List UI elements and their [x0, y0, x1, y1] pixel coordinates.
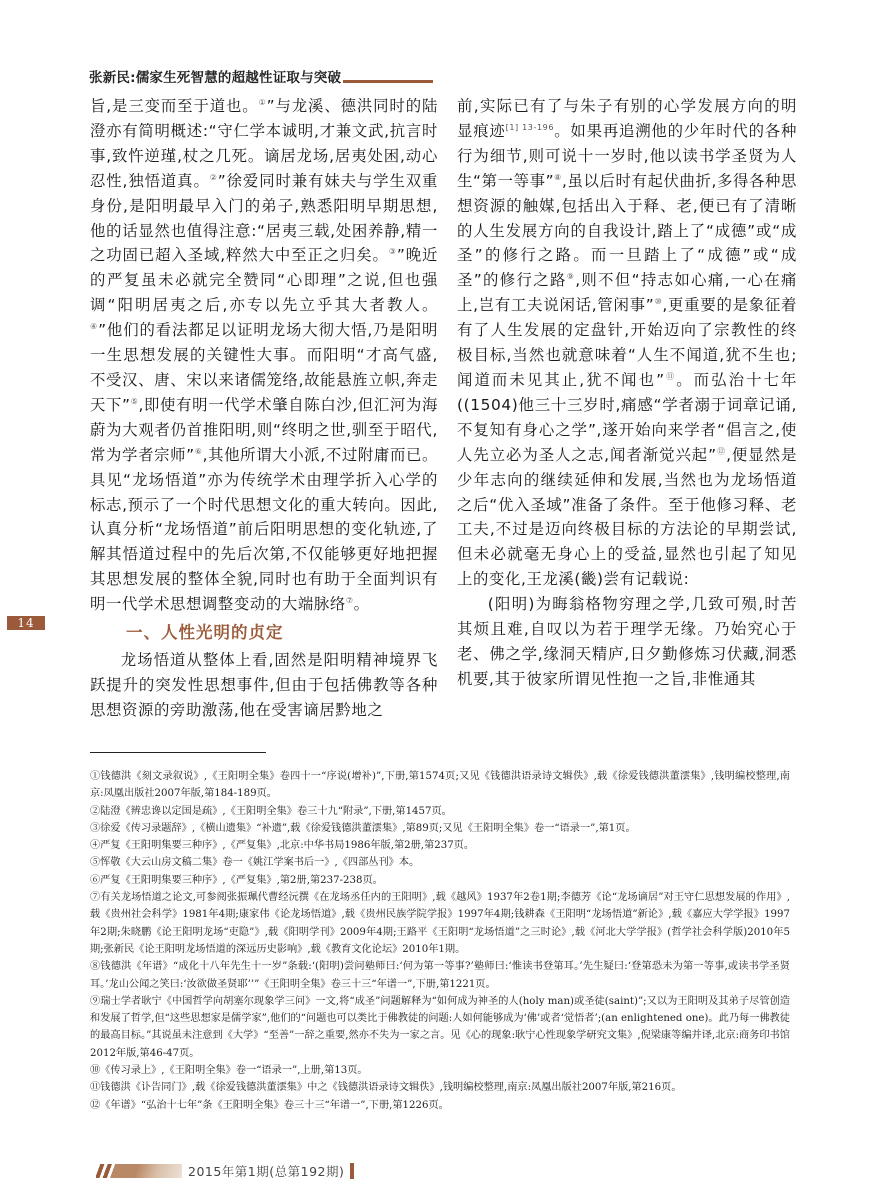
footnote: ④严复《王阳明集要三种序》,《严复集》,北京:中华书局1986年版,第2册,第2…	[90, 837, 790, 854]
footnote-ref[interactable]: ⑥	[195, 447, 203, 456]
footnote: ①钱德洪《刻文录叙说》,《王阳明全集》卷四十一“序说(增补)”,下册,第1574…	[90, 768, 790, 803]
footnote: ③徐爱《传习录题辞》,《横山遗集》“补遗”,载《徐爱钱德洪董澐集》,第89页;又…	[90, 820, 790, 837]
footnote-ref[interactable]: ⑨	[567, 272, 576, 281]
issue-footer: 2015年第1期(总第192期)	[96, 1163, 354, 1179]
paragraph: 旨,是三变而至于道也。①”与龙溪、德洪同时的陆澄亦有简明概述:“守仁学本诚明,才…	[90, 94, 438, 617]
footnote-ref[interactable]: ③	[389, 247, 397, 256]
footnote: ⑧钱德洪《年谱》“成化十八年先生十一岁”条载:‘(阳明)尝问塾师曰:‘何为第一等…	[90, 958, 790, 993]
section-heading: 一、人性光明的贞定	[126, 621, 438, 646]
footnote-ref[interactable]: ⑤	[131, 397, 139, 406]
footnote-ref[interactable]: ⑩	[654, 297, 662, 306]
left-column: 旨,是三变而至于道也。①”与龙溪、德洪同时的陆澄亦有简明概述:“守仁学本诚明,才…	[90, 94, 438, 723]
footnote-ref[interactable]: ⑦	[346, 596, 354, 605]
footnote-ref[interactable]: ⑪	[665, 372, 677, 381]
footnotes: ①钱德洪《刻文录叙说》,《王阳明全集》卷四十一“序说(增补)”,下册,第1574…	[90, 768, 790, 1114]
footnote: ⑥严复《王阳明集要三种序》,《严复集》,第2册,第237-238页。	[90, 872, 790, 889]
footnote: ⑦有关龙场悟道之论文,可参阅张振珮代曹经沅撰《在龙场丞任内的王阳明》,载《越风》…	[90, 889, 790, 958]
block-quote: (阳明)为晦翁格物穷理之学,几致可殒,时苦其烦且难,自叹以为若于理学无缘。乃始究…	[457, 592, 797, 692]
issue-label: 2015年第1期(总第192期)	[182, 1162, 350, 1180]
footer-stripe-decoration	[96, 1164, 182, 1178]
footnote: ⑤恽敬《大云山房文稿二集》卷一《姚江学案书后一》,《四部丛刊》本。	[90, 854, 790, 871]
footnote: ⑪钱德洪《讣告同门》,载《徐爱钱德洪董澐集》中之《钱德洪语录诗文辑佚》,钱明编校…	[90, 1079, 790, 1096]
header-rule	[343, 80, 433, 83]
page-number: 14	[7, 616, 45, 630]
paragraph: 前,实际已有了与朱子有别的心学发展方向的明显痕迹[1] 13-196。如果再追溯…	[457, 94, 797, 592]
footnote: ⑩《传习录上》,《王阳明全集》卷一“语录一”,上册,第13页。	[90, 1062, 790, 1079]
running-title: 张新民:儒家生死智慧的超越性证取与突破	[89, 66, 341, 86]
right-column: 前,实际已有了与朱子有别的心学发展方向的明显痕迹[1] 13-196。如果再追溯…	[457, 94, 797, 692]
footnote: ②陆澄《辨忠谗以定国是疏》,《王阳明全集》卷三十九“附录”,下册,第1457页。	[90, 803, 790, 820]
footnote-divider	[90, 752, 266, 753]
footnote-ref[interactable]: ①	[259, 98, 267, 107]
footnote-ref[interactable]: [1] 13-196	[506, 123, 554, 132]
footnote-ref[interactable]: ②	[210, 173, 218, 182]
paragraph: 龙场悟道从整体上看,固然是阳明精神境界飞跃提升的突发性思想事件,但由于包括佛教等…	[90, 648, 438, 723]
footnote: ⑨瑞士学者耿宁《中国哲学向胡塞尔现象学三问》一文,将“成圣”问题解释为“如何成为…	[90, 993, 790, 1062]
running-header: 张新民:儒家生死智慧的超越性证取与突破	[89, 66, 433, 86]
footnote: ⑫《年谱》“弘治十七年”条《王阳明全集》卷三十三“年谱一”,下册,第1226页。	[90, 1097, 790, 1114]
footnote-ref[interactable]: ⑫	[717, 447, 726, 456]
footnote-ref[interactable]: ④	[90, 322, 98, 331]
footnote-ref[interactable]: ⑧	[554, 173, 562, 182]
footer-cap-decoration	[350, 1163, 354, 1179]
